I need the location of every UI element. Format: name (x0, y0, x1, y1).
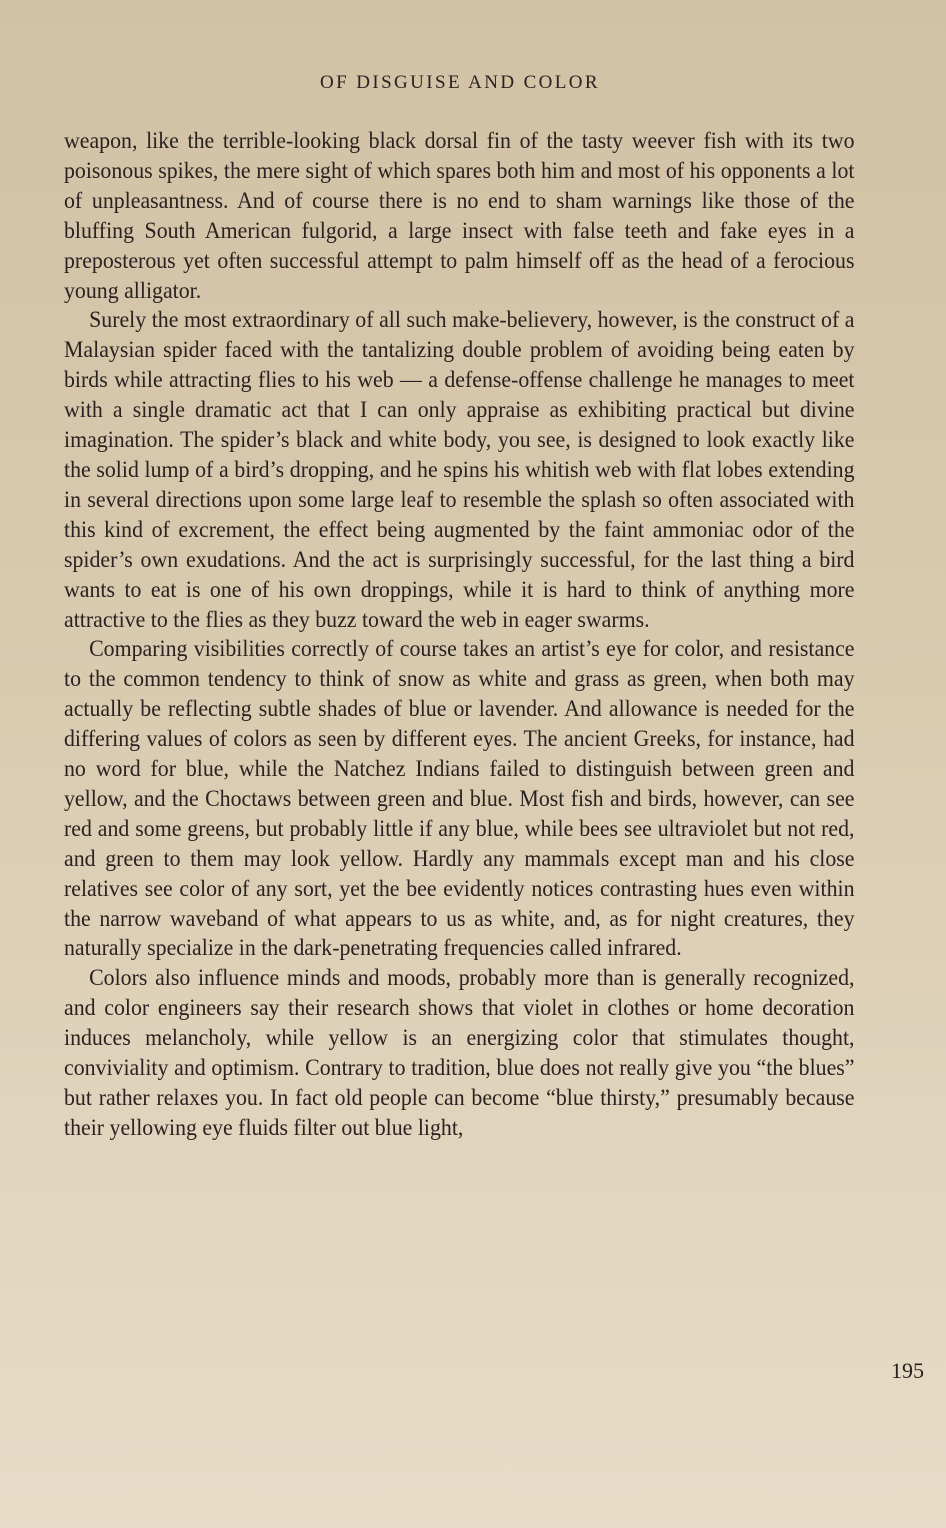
paragraph-3: Comparing visibilities correctly of cour… (64, 635, 855, 964)
paragraph-4: Colors also influence minds and moods, p… (64, 964, 855, 1143)
book-page: OF DISGUISE AND COLOR weapon, like the t… (0, 0, 946, 1528)
paragraph-1: weapon, like the terrible-looking black … (64, 127, 855, 306)
page-number: 195 (891, 1358, 924, 1384)
running-head: OF DISGUISE AND COLOR (0, 72, 920, 94)
body-text: weapon, like the terrible-looking black … (64, 127, 855, 1144)
paragraph-2: Surely the most extraordinary of all suc… (64, 306, 855, 635)
